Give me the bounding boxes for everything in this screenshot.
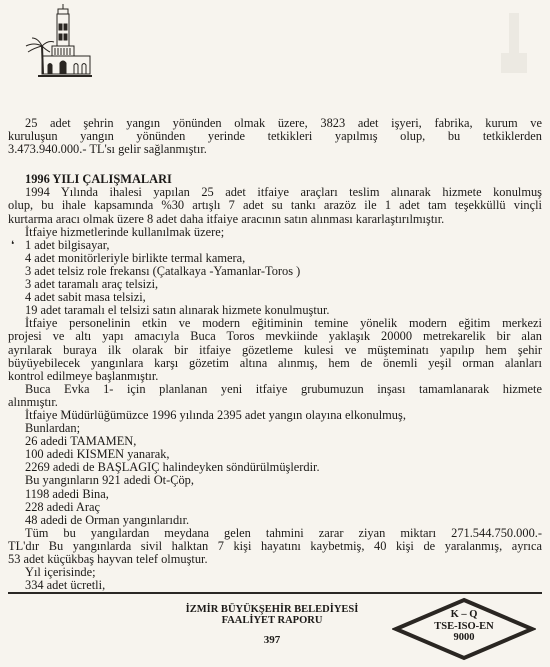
fires-item: 48 adedi de Orman yangınlarıdır. — [8, 514, 542, 527]
watermark-tower-icon — [495, 8, 533, 78]
cert-line-1: K – Q — [392, 609, 536, 621]
page-number: 397 — [142, 634, 402, 646]
training-line: ayrılarak buraya ilk olarak bir itfaiye … — [8, 344, 542, 357]
cert-line-3: 9000 — [392, 632, 536, 644]
fires-item: Bu yangınların 921 adedi Ot-Çöp, — [8, 474, 542, 487]
closing-item: 334 adet ücretli, — [8, 579, 542, 592]
fires-item: 228 adedi Araç — [8, 501, 542, 514]
izmir-clock-tower-icon — [12, 2, 92, 80]
damage-line: Tüm bu yangılardan meydana gelen tahmini… — [8, 527, 542, 540]
equipment-item-text: 1 adet bilgisayar, — [25, 238, 110, 252]
fires-intro: İtfaiye Müdürlüğümüzce 1996 yılında 2395… — [8, 409, 542, 422]
training-line: büyüyebilecek yangınlara karşı gözetim a… — [8, 357, 542, 370]
footer-org-name: İZMİR BÜYÜKŞEHİR BELEDİYESİ — [142, 604, 402, 615]
intro-line: 3.473.940.000.- TL'sı gelir sağlanmıştır… — [8, 143, 542, 156]
pen-mark-icon: ❛ — [11, 239, 14, 252]
report-body: 25 adet şehrin yangın yönünden olmak üze… — [8, 117, 542, 592]
footer-rule — [8, 592, 542, 594]
footer-report-title: FAALİYET RAPORU — [142, 615, 402, 626]
cert-line-2: TSE-ISO-EN — [392, 621, 536, 633]
quality-certificate-badge: K – Q TSE-ISO-EN 9000 — [392, 597, 536, 661]
vehicles-line: kurtarma aracı olmak üzere 8 adet daha i… — [8, 213, 542, 226]
training-line: kontrol edilmeye başlanmıştır. — [8, 370, 542, 383]
footer-organization: İZMİR BÜYÜKŞEHİR BELEDİYESİ FAALİYET RAP… — [142, 604, 402, 626]
equipment-item: ❛1 adet bilgisayar, — [8, 239, 542, 252]
evka-line: Buca Evka 1- için planlanan yeni itfaiye… — [8, 383, 542, 396]
vehicles-line: olup, bu ihale kapsamında %30 artışlı 7 … — [8, 199, 542, 212]
evka-line: alınmıştır. — [8, 396, 542, 409]
fires-item: 1198 adedi Bina, — [8, 488, 542, 501]
equipment-item: 4 adet monitörleriyle birlikte termal ka… — [8, 252, 542, 265]
training-line: projesi ve altı yapı amacıyla Buca Toros… — [8, 330, 542, 343]
